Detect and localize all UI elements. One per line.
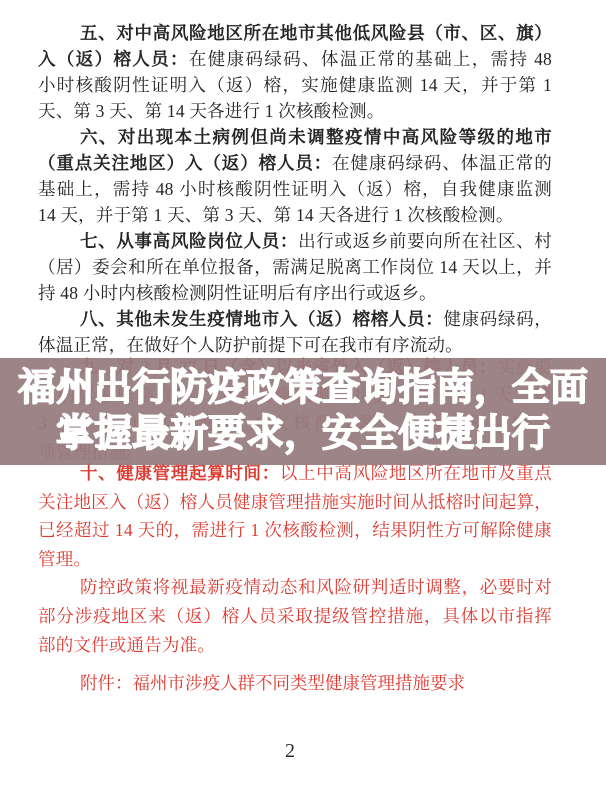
section-7-heading: 七、从事高风险岗位人员：: [80, 231, 298, 251]
doc-line: 部分涉疫地区来（返）榕人员采取提级管控措施，具体以市指挥: [38, 602, 552, 631]
doc-line: 入（返）榕人员：在健康码绿码、体温正常的基础上，需持 48: [38, 46, 552, 72]
promo-banner: 福州出行防疫政策查询指南，全面 掌握最新要求，安全便捷出行: [0, 358, 606, 465]
doc-line: 管理。: [38, 545, 552, 574]
promo-banner-line-1: 福州出行防疫政策查询指南，全面: [0, 364, 606, 410]
doc-line: 部的文件或通告为准。: [38, 631, 552, 660]
sections-10-and-notice: 十、健康管理起算时间：以上中高风险地区所在地市及重点 关注地区入（返）榕人员健康…: [38, 459, 552, 659]
doc-line: 五、对中高风险地区所在地市其他低风险县（市、区、旗）: [38, 20, 552, 46]
doc-line: 基础上，需持 48 小时核酸阴性证明入（返）榕，自我健康监测: [38, 176, 552, 202]
doc-line: 14 天，并于第 1 天、第 3 天、第 14 天各进行 1 次核酸检测。: [38, 202, 552, 228]
section-8-heading: 八、其他未发生疫情地市入（返）榕榕人员：: [80, 309, 443, 329]
doc-line: 天、第 3 天、第 14 天各进行 1 次核酸检测。: [38, 98, 552, 124]
doc-line: （重点关注地区）入（返）榕人员：在健康码绿码、体温正常的: [38, 150, 552, 176]
section-10-heading: 十、健康管理起算时间：: [80, 463, 280, 483]
doc-line: 小时核酸阴性证明入（返）榕，实施健康监测 14 天，并于第 1: [38, 72, 552, 98]
doc-line: 七、从事高风险岗位人员：出行或返乡前要向所在社区、村: [38, 228, 552, 254]
doc-line: 八、其他未发生疫情地市入（返）榕榕人员：健康码绿码，: [38, 306, 552, 332]
promo-banner-line-2: 掌握最新要求，安全便捷出行: [0, 410, 606, 456]
doc-line: （居）委会和所在单位报备，需满足脱离工作岗位 14 天以上，并: [38, 254, 552, 280]
doc-line: 六、对出现本土病例但尚未调整疫情中高风险等级的地市: [38, 124, 552, 150]
section-5-heading: 五、对中高风险地区所在地市其他低风险县（市、区、旗）: [80, 23, 552, 43]
attachment-line: 附件：福州市涉疫人群不同类型健康管理措施要求: [38, 668, 552, 698]
section-6-heading: 六、对出现本土病例但尚未调整疫情中高风险等级的地市: [80, 127, 552, 147]
page-number: 2: [0, 740, 580, 763]
doc-line: 防控政策将视最新疫情动态和风险研判适时调整，必要时对: [38, 573, 552, 602]
doc-line: 持 48 小时内核酸检测阴性证明后有序出行或返乡。: [38, 280, 552, 306]
sections-5-to-8: 五、对中高风险地区所在地市其他低风险县（市、区、旗） 入（返）榕人员：在健康码绿…: [38, 20, 552, 358]
doc-line: 已经超过 14 天的，需进行 1 次核酸检测，结果阴性方可解除健康: [38, 516, 552, 545]
doc-line: 关注地区入（返）榕人员健康管理措施实施时间从抵榕时间起算，: [38, 488, 552, 517]
document-page: 五、对中高风险地区所在地市其他低风险县（市、区、旗） 入（返）榕人员：在健康码绿…: [0, 0, 606, 811]
